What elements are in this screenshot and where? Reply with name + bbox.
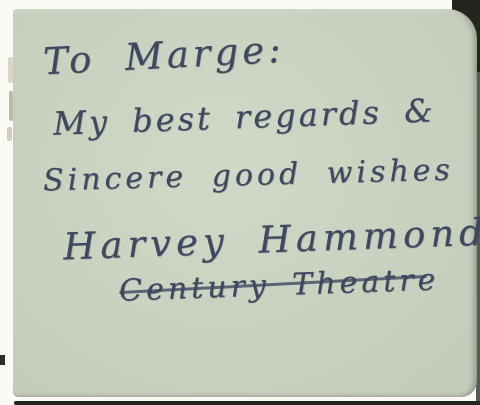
handwritten-salutation: To Marge: [42, 31, 285, 81]
album-page-paper: To Marge: My best regards & Sincere good… [13, 9, 477, 397]
torn-edge-fiber [9, 91, 13, 121]
scan-artifact-spot [0, 355, 5, 365]
handwritten-attribution: Century Theatre [119, 265, 440, 306]
scanner-dark-bottom-edge [14, 401, 480, 405]
handwritten-message-line-2: Sincere good wishes [43, 156, 455, 197]
handwritten-message-line-1: My best regards & [53, 94, 436, 139]
torn-edge-fiber [8, 57, 13, 83]
torn-edge-fiber [7, 127, 12, 141]
handwritten-signature: Harvey Hammond [62, 214, 480, 266]
scanned-autograph-image: To Marge: My best regards & Sincere good… [0, 0, 480, 405]
